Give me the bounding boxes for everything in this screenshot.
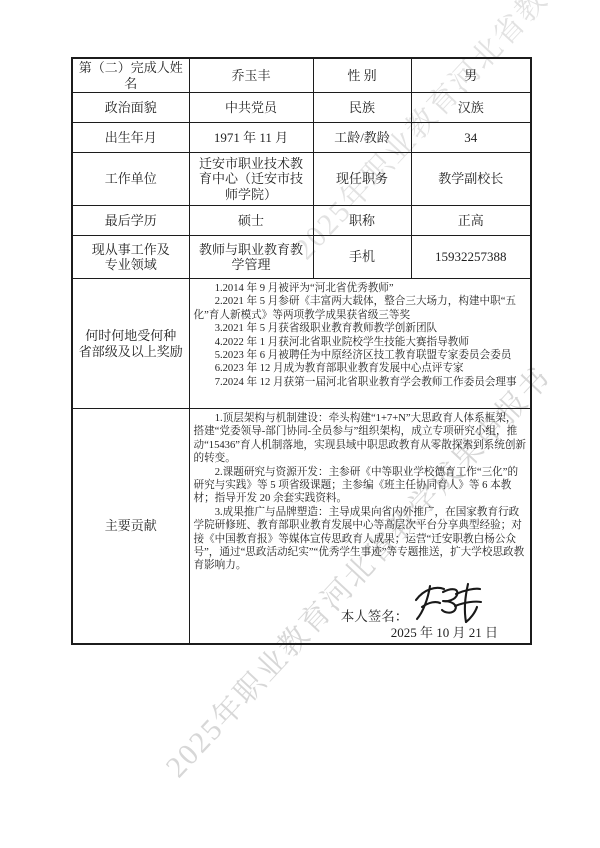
award-item: 5.2023 年 6 月被聘任为中原经济区技工教育联盟专家委员会委员 [194,349,528,362]
row-workunit-position: 工作单位 迁安市职业技术教 育中心（迁安市技 师学院） 现任职务 教学副校长 [72,153,531,206]
birth-value: 1971 年 11 月 [189,123,313,153]
ethnicity-label: 民族 [313,93,411,123]
position-value: 教学副校长 [411,153,531,206]
work-field-label: 现从事工作及 专业领域 [72,236,189,279]
mobile-value: 15932257388 [411,236,531,279]
birth-label: 出生年月 [72,123,189,153]
contribution-item: 1.顶层架构与机制建设：牵头构建“1+7+N”大思政育人体系框架，搭建“党委领导… [194,412,528,466]
row-field-mobile: 现从事工作及 专业领域 教师与职业教育教 学管理 手机 15932257388 [72,236,531,279]
gender-value: 男 [411,58,531,93]
mobile-label: 手机 [313,236,411,279]
position-label: 现任职务 [313,153,411,206]
prof-title-label: 职称 [313,206,411,236]
contributions-label: 主要贡献 [72,409,189,644]
gender-label: 性 别 [313,58,411,93]
row-name-gender: 第（二）完成人姓 名 乔玉丰 性 别 男 [72,58,531,93]
awards-label: 何时何地受何种 省部级及以上奖励 [72,279,189,409]
row-education-title: 最后学历 硕士 职称 正高 [72,206,531,236]
contribution-item: 3.成果推广与品牌塑造：主导成果向省内外推广，在国家教育行政学院研修班、教育部职… [194,506,528,573]
politics-label: 政治面貌 [72,93,189,123]
award-item: 1.2014 年 9 月被评为“河北省优秀教师” [194,282,528,295]
ethnicity-value: 汉族 [411,93,531,123]
award-item: 4.2022 年 1 月获河北省职业院校学生技能大赛指导教师 [194,336,528,349]
row-awards: 何时何地受何种 省部级及以上奖励 1.2014 年 9 月被评为“河北省优秀教师… [72,279,531,409]
award-item: 7.2024 年 12 月获第一届河北省职业教育学会教师工作委员会理事 [194,376,528,389]
signature-block: 本人签名： [341,579,498,640]
completer-info-table: 第（二）完成人姓 名 乔玉丰 性 别 男 政治面貌 中共党员 民族 汉族 出生年… [71,57,532,645]
prof-title-value: 正高 [411,206,531,236]
award-item: 6.2023 年 12 月成为教育部职业教育发展中心点评专家 [194,362,528,375]
work-unit-label: 工作单位 [72,153,189,206]
politics-value: 中共党员 [189,93,313,123]
document-page: 2025年职业教育河北省教学成果申报书 2025年职业教育河北省教学成果申报书 … [0,0,600,848]
work-field-value: 教师与职业教育教 学管理 [189,236,313,279]
signature-date: 2025 年 10 月 21 日 [391,625,498,640]
row-politics-ethnicity: 政治面貌 中共党员 民族 汉族 [72,93,531,123]
seniority-label: 工龄/教龄 [313,123,411,153]
name-label: 第（二）完成人姓 名 [72,58,189,93]
award-item: 3.2021 年 5 月获省级职业教育教师教学创新团队 [194,322,528,335]
education-value: 硕士 [189,206,313,236]
contribution-item: 2.课题研究与资源开发：主参研《中等职业学校德育工作“三化”的研究与实践》等 5… [194,466,528,506]
row-birth-seniority: 出生年月 1971 年 11 月 工龄/教龄 34 [72,123,531,153]
seniority-value: 34 [411,123,531,153]
contributions-content: 1.顶层架构与机制建设：牵头构建“1+7+N”大思政育人体系框架，搭建“党委领导… [189,409,531,644]
awards-content: 1.2014 年 9 月被评为“河北省优秀教师” 2.2021 年 5 月参研《… [189,279,531,409]
education-label: 最后学历 [72,206,189,236]
award-item: 2.2021 年 5 月参研《丰富两大载体，整合三大场力，构建中职“五化”育人新… [194,295,528,322]
work-unit-value: 迁安市职业技术教 育中心（迁安市技 师学院） [189,153,313,206]
name-value: 乔玉丰 [189,58,313,93]
signature-label: 本人签名： [341,608,409,625]
handwritten-signature-icon [410,579,484,627]
row-contributions: 主要贡献 1.顶层架构与机制建设：牵头构建“1+7+N”大思政育人体系框架，搭建… [72,409,531,644]
